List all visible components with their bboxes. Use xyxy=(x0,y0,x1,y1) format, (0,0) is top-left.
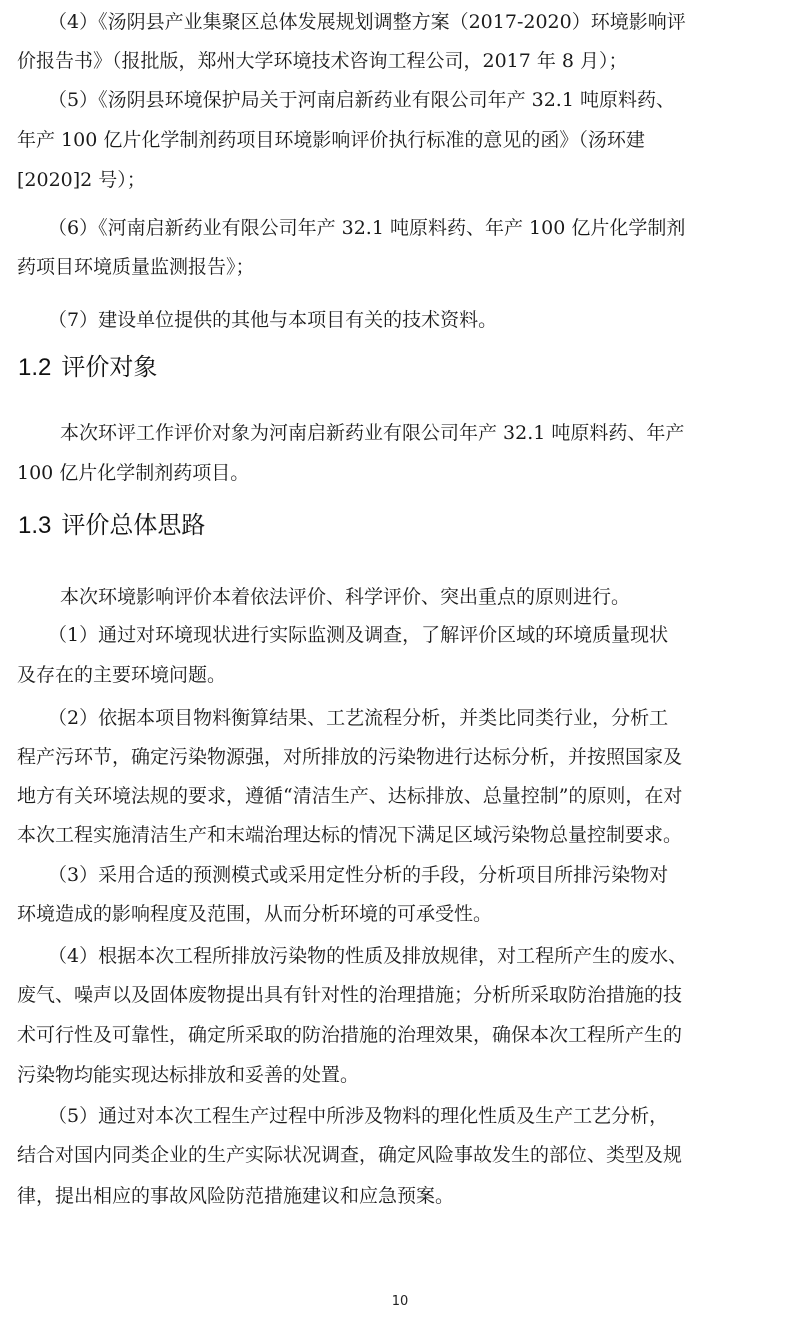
item-label: （5） xyxy=(48,1105,98,1127)
reference-text: 《河南启新药业有限公司年产 32.1 吨原料药、年产 100 亿片化学制剂 xyxy=(98,217,685,239)
reference-text: 价报告书》（报批版，郑州大学环境技术咨询工程公司，2017 年 8 月）； xyxy=(17,48,628,74)
item-text: 采用合适的预测模式或采用定性分析的手段，分析项目所排污染物对 xyxy=(98,864,668,886)
reference-label: （5） xyxy=(48,89,98,111)
section-heading-1-3: 1.3评价总体思路 xyxy=(18,510,205,541)
section-title: 评价总体思路 xyxy=(61,511,205,539)
reference-text: 《汤阴县产业集聚区总体发展规划调整方案（2017-2020）环境影响评 xyxy=(98,11,686,33)
reference-text: 药项目环境质量监测报告》； xyxy=(17,254,255,280)
section-number: 1.3 xyxy=(18,512,51,539)
item-text: 通过对环境现状进行实际监测及调查，了解评价区域的环境质量现状 xyxy=(98,624,668,646)
item-text: 污染物均能实现达标排放和妥善的处置。 xyxy=(17,1062,359,1088)
item-label: （3） xyxy=(48,864,98,886)
item-label: （2） xyxy=(48,707,98,729)
item-text: 术可行性及可靠性，确定所采取的防治措施的治理效果，确保本次工程所产生的 xyxy=(17,1022,682,1048)
section-heading-1-2: 1.2评价对象 xyxy=(18,352,157,383)
reference-text: 《汤阴县环境保护局关于河南启新药业有限公司年产 32.1 吨原料药、 xyxy=(98,89,675,111)
item-text: 地方有关环境法规的要求，遵循“清洁生产、达标排放、总量控制”的原则，在对 xyxy=(17,783,682,809)
section-intro: 本次环境影响评价本着依法评价、科学评价、突出重点的原则进行。 xyxy=(60,584,630,610)
item-text: 本次工程实施清洁生产和末端治理达标的情况下满足区域污染物总量控制要求。 xyxy=(17,822,682,848)
reference-label: （7） xyxy=(48,309,98,331)
item-label: （1） xyxy=(48,624,98,646)
page-number: 10 xyxy=(0,1294,800,1309)
reference-label: （4） xyxy=(48,11,98,33)
section-number: 1.2 xyxy=(18,354,51,381)
reference-text: 建设单位提供的其他与本项目有关的技术资料。 xyxy=(98,309,497,331)
reference-text: [2020]2 号）； xyxy=(17,167,146,193)
item-text: 及存在的主要环境问题。 xyxy=(17,662,226,688)
item-text: 依据本项目物料衡算结果、工艺流程分析，并类比同类行业，分析工 xyxy=(98,707,668,729)
item-label: （4） xyxy=(48,945,98,967)
paragraph-line: 本次环评工作评价对象为河南启新药业有限公司年产 32.1 吨原料药、年产 xyxy=(60,420,684,446)
item-text: 程产污环节，确定污染物源强，对所排放的污染物进行达标分析，并按照国家及 xyxy=(17,744,682,770)
reference-label: （6） xyxy=(48,217,98,239)
item-text: 律，提出相应的事故风险防范措施建议和应急预案。 xyxy=(17,1183,454,1209)
paragraph-line: 100 亿片化学制剂药项目。 xyxy=(17,460,249,486)
item-text: 环境造成的影响程度及范围，从而分析环境的可承受性。 xyxy=(17,901,492,927)
item-text: 通过对本次工程生产过程中所涉及物料的理化性质及生产工艺分析， xyxy=(98,1105,668,1127)
reference-text: 年产 100 亿片化学制剂药项目环境影响评价执行标准的意见的函》（汤环建 xyxy=(17,127,645,153)
item-text: 根据本次工程所排放污染物的性质及排放规律，对工程所产生的废水、 xyxy=(98,945,687,967)
item-text: 结合对国内同类企业的生产实际状况调查，确定风险事故发生的部位、类型及规 xyxy=(17,1142,682,1168)
section-title: 评价对象 xyxy=(61,353,157,381)
item-text: 废气、噪声以及固体废物提出具有针对性的治理措施；分析所采取防治措施的技 xyxy=(17,982,682,1008)
